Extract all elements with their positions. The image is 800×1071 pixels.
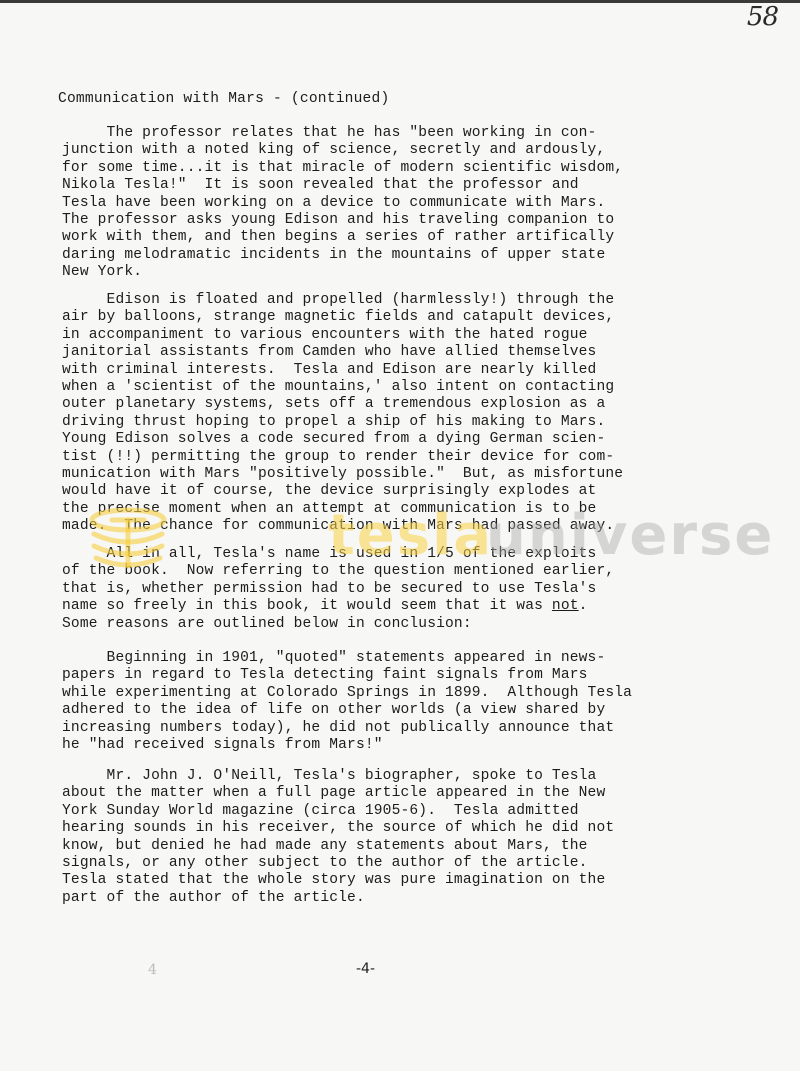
text-line: air by balloons, strange magnetic fields… [62, 309, 722, 326]
text-line: signals, or any other subject to the aut… [62, 855, 722, 872]
text-line: Edison is floated and propelled (harmles… [62, 292, 722, 309]
text-line: would have it of course, the device surp… [62, 483, 722, 500]
text-line: Some reasons are outlined below in concl… [62, 616, 722, 633]
text-line: The professor asks young Edison and his … [62, 212, 722, 229]
paragraph-oneill: Mr. John J. O'Neill, Tesla's biographer,… [62, 768, 722, 907]
text-line: he "had received signals from Mars!" [62, 737, 722, 754]
text-line: part of the author of the article. [62, 890, 722, 907]
text-line: All in all, Tesla's name is used in 1/5 … [62, 546, 722, 563]
text-line: that is, whether permission had to be se… [62, 581, 722, 598]
text-line: Beginning in 1901, "quoted" statements a… [62, 650, 722, 667]
handwritten-page-number: 58 [747, 2, 778, 32]
text-line: the precise moment when an attempt at co… [62, 501, 722, 518]
scan-top-edge [0, 0, 800, 3]
text-line: know, but denied he had made any stateme… [62, 838, 722, 855]
text-line: while experimenting at Colorado Springs … [62, 685, 722, 702]
paragraph-quoted-statements: Beginning in 1901, "quoted" statements a… [62, 650, 722, 754]
text-line: when a 'scientist of the mountains,' als… [62, 379, 722, 396]
text-line: of the book. Now referring to the questi… [62, 563, 722, 580]
text-line: for some time...it is that miracle of mo… [62, 160, 722, 177]
text-line: junction with a noted king of science, s… [62, 142, 722, 159]
text-line: tist (!!) permitting the group to render… [62, 449, 722, 466]
text-line: made. The chance for communication with … [62, 518, 722, 535]
text-line: Tesla stated that the whole story was pu… [62, 872, 722, 889]
underlined-word: not [552, 598, 579, 614]
text-line: with criminal interests. Tesla and Ediso… [62, 362, 722, 379]
text-line: daring melodramatic incidents in the mou… [62, 247, 722, 264]
text-line: New York. [62, 264, 722, 281]
text-line: York Sunday World magazine (circa 1905-6… [62, 803, 722, 820]
text-line: janitorial assistants from Camden who ha… [62, 344, 722, 361]
text-line: about the matter when a full page articl… [62, 785, 722, 802]
text-line: name so freely in this book, it would se… [62, 598, 722, 615]
text-line: work with them, and then begins a series… [62, 229, 722, 246]
text-line: Tesla have been working on a device to c… [62, 195, 722, 212]
text-line: papers in regard to Tesla detecting fain… [62, 667, 722, 684]
paragraph-professor: The professor relates that he has "been … [62, 125, 722, 282]
paragraph-edison-adventures: Edison is floated and propelled (harmles… [62, 292, 722, 536]
paragraph-permission-question: All in all, Tesla's name is used in 1/5 … [62, 546, 722, 633]
text-line: increasing numbers today), he did not pu… [62, 720, 722, 737]
text-line: in accompaniment to various encounters w… [62, 327, 722, 344]
text-line: The professor relates that he has "been … [62, 125, 722, 142]
footer-page-number: -4- [356, 961, 375, 977]
text-line: driving thrust hoping to propel a ship o… [62, 414, 722, 431]
text-line: adhered to the idea of life on other wor… [62, 702, 722, 719]
text-line: hearing sounds in his receiver, the sour… [62, 820, 722, 837]
text-line: Young Edison solves a code secured from … [62, 431, 722, 448]
text-line: outer planetary systems, sets off a trem… [62, 396, 722, 413]
page-heading: Communication with Mars - (continued) [58, 91, 389, 107]
text-line: Mr. John J. O'Neill, Tesla's biographer,… [62, 768, 722, 785]
text-line: Nikola Tesla!" It is soon revealed that … [62, 177, 722, 194]
text-line: munication with Mars "positively possibl… [62, 466, 722, 483]
stray-pencil-mark: 4 [148, 962, 157, 978]
